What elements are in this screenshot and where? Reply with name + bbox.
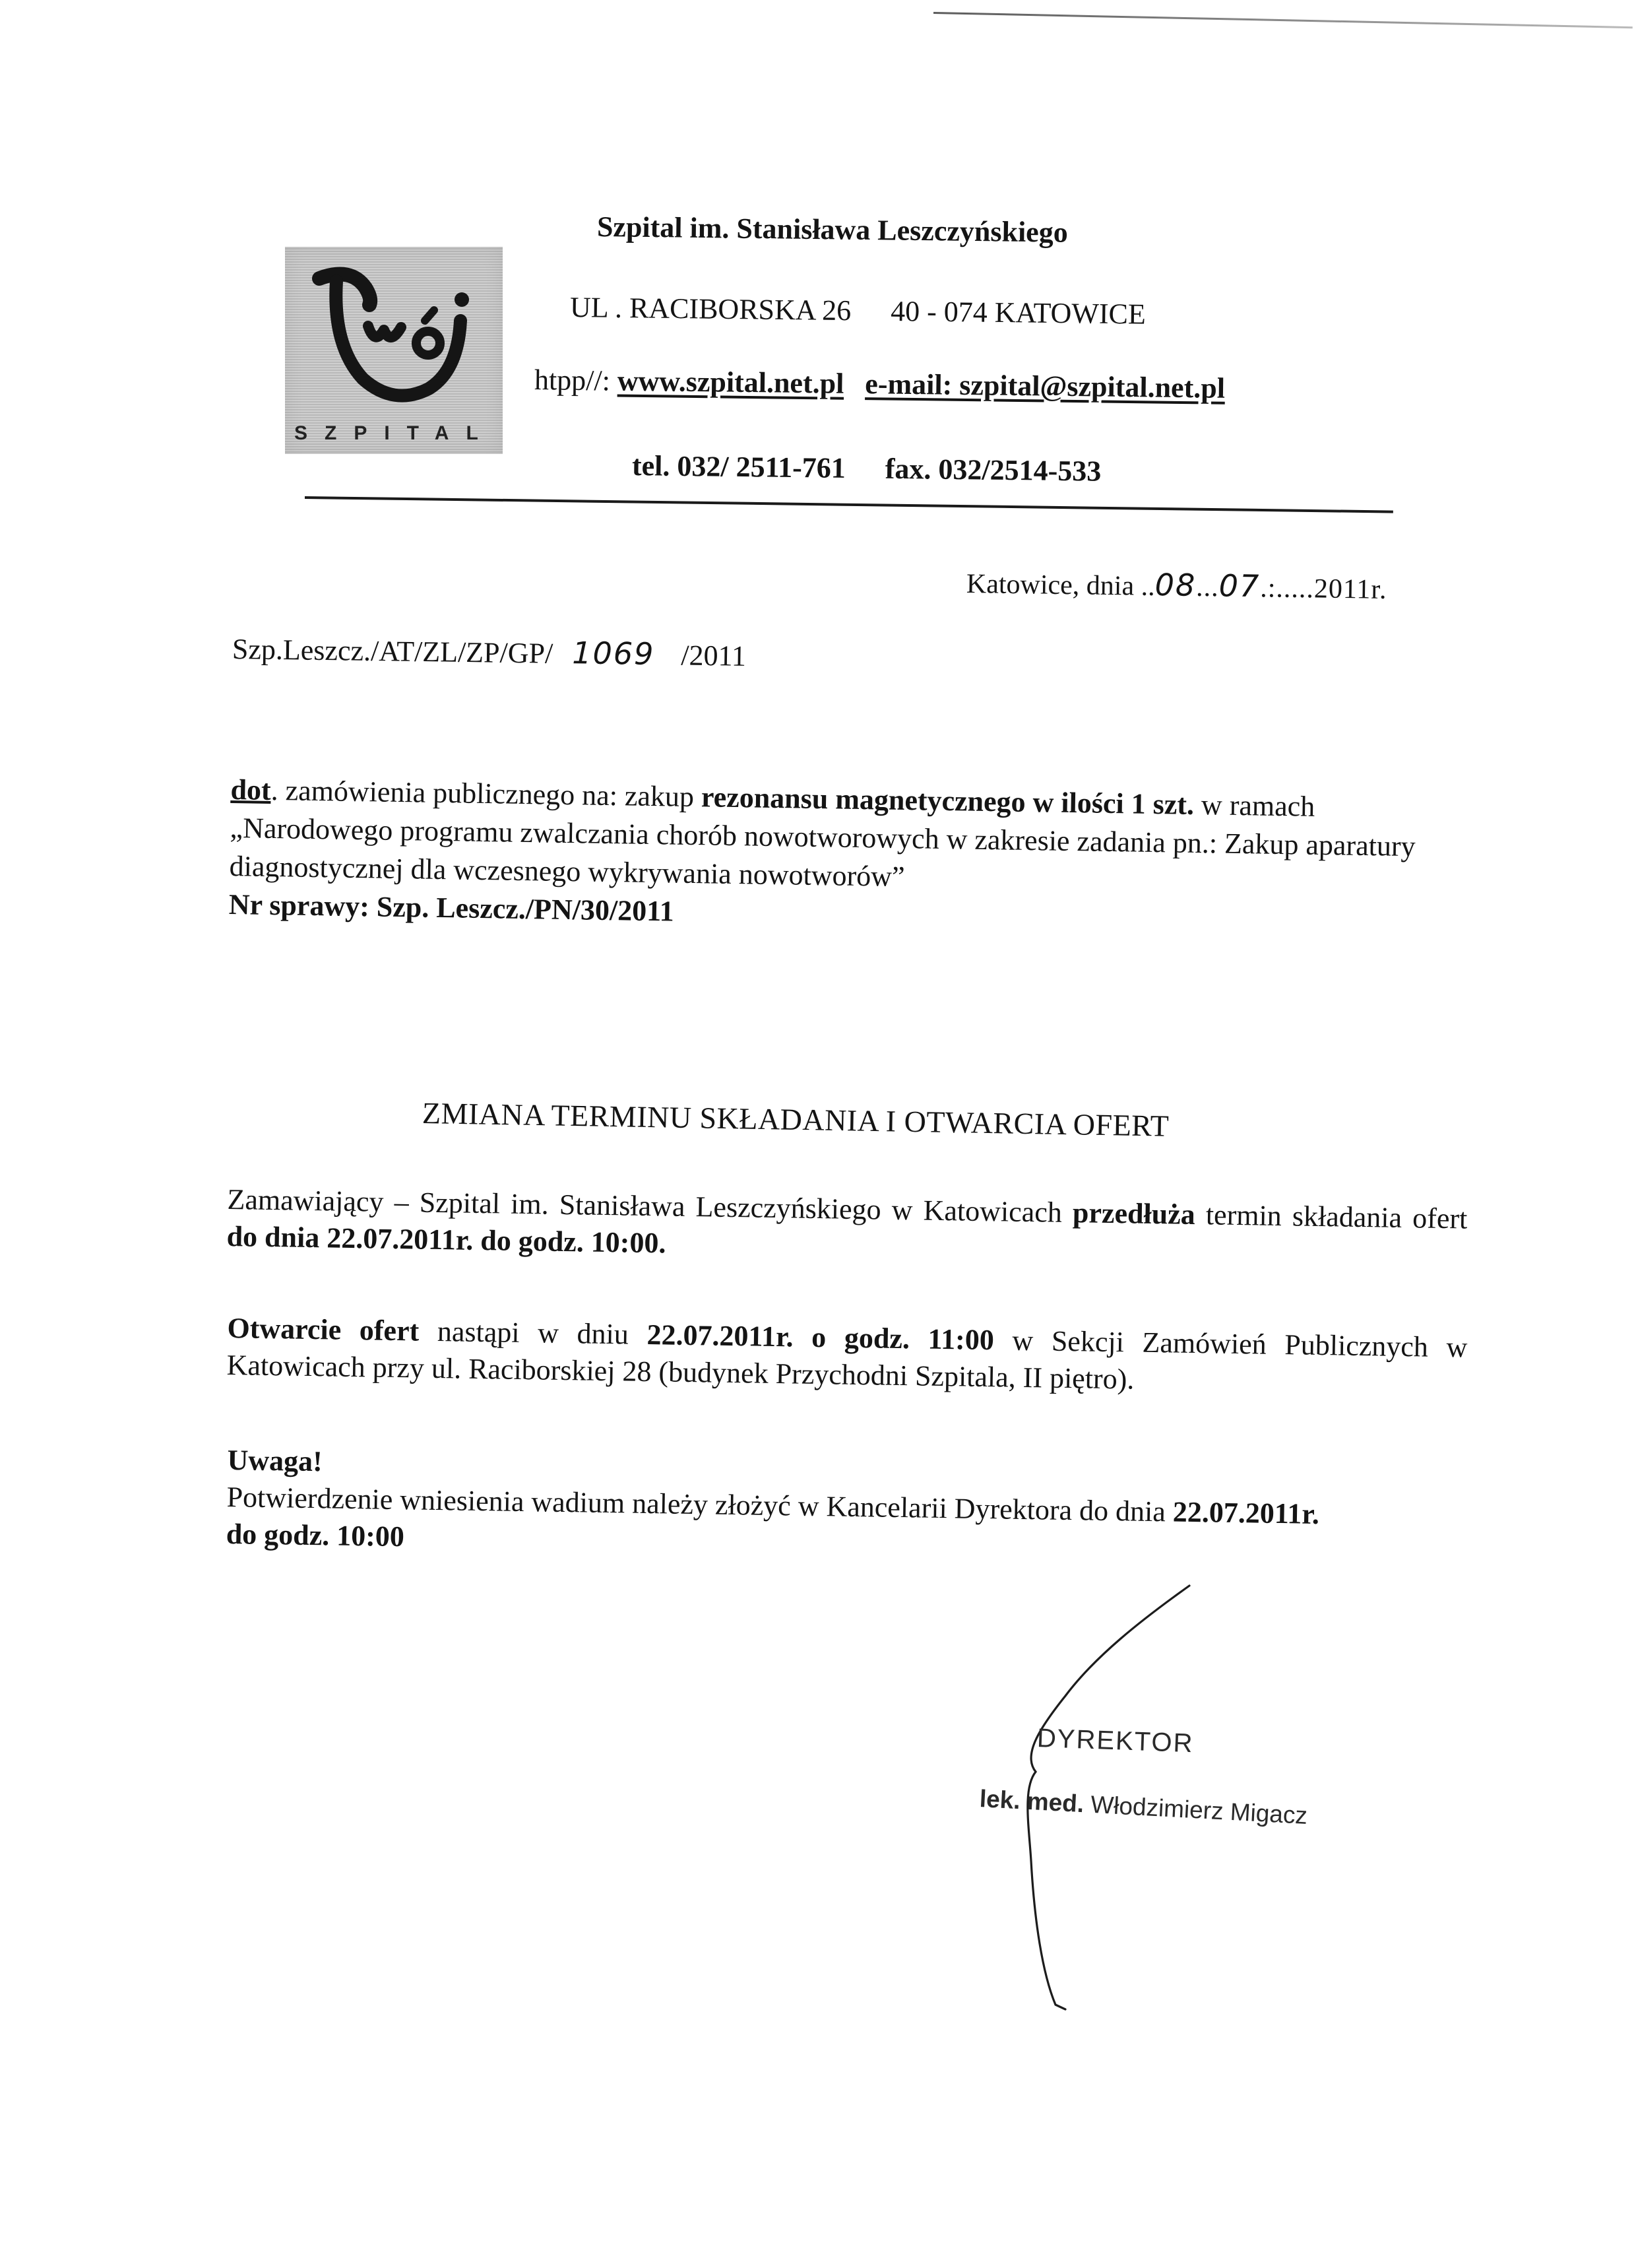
email-link[interactable]: e-mail: szpital@szpital.net.pl (865, 368, 1225, 405)
reference-suffix: /2011 (681, 639, 746, 672)
subject-item: rezonansu magnetycznego w ilości 1 szt. (701, 781, 1195, 821)
institution-address: UL . RACIBORSKA 2640 - 074 KATOWICE (570, 290, 1146, 331)
contact-phone-fax: tel. 032/ 2511-761fax. 032/2514-533 (632, 449, 1102, 488)
postal-city: 40 - 074 KATOWICE (891, 295, 1146, 331)
document-page: SZPITAL Szpital im. Stanisława Leszczyńs… (0, 0, 1636, 2268)
date-line: Katowice, dnia ..08...07.:.....2011r. (966, 564, 1387, 606)
fax-number: fax. 032/2514-533 (885, 453, 1102, 488)
handwritten-day: 08 (1154, 567, 1196, 603)
contact-web-email: htpp//: www.szpital.net.ple-mail: szpita… (534, 363, 1226, 405)
subject-label: dot (230, 773, 271, 806)
subject-block: dot. zamówienia publicznego na: zakup re… (228, 771, 1470, 944)
scan-artifact-line (933, 12, 1633, 28)
date-separator: ... (1196, 572, 1219, 602)
deposit-deadline-time: do godz. 10:00 (226, 1518, 404, 1553)
hospital-logo: SZPITAL (285, 247, 503, 454)
opening-datetime: 22.07.2011r. o godz. 11:00 (646, 1318, 994, 1356)
institution-name: Szpital im. Stanisława Leszczyńskiego (597, 210, 1068, 249)
web-prefix: htpp//: (534, 364, 610, 397)
handwritten-month: 07 (1218, 567, 1260, 604)
deadline-paragraph: Zamawiający – Szpital im. Stanisława Les… (226, 1181, 1468, 1275)
date-suffix: .:.....2011r. (1260, 573, 1387, 605)
program-name: „Narodowego programu zwalczania chorób n… (229, 812, 1416, 893)
case-number: Nr sprawy: Szp. Leszcz./PN/30/2011 (228, 888, 674, 928)
opening-paragraph: Otwarcie ofert nastąpi w dniu 22.07.2011… (226, 1310, 1468, 1404)
reference-number: Szp.Leszcz./AT/ZL/ZP/GP/ 1069/2011 (232, 630, 747, 673)
subject-text: dot. zamówienia publicznego na: zakup re… (229, 771, 1471, 905)
letterhead-divider (305, 496, 1393, 513)
document-title: ZMIANA TERMINU SKŁADANIA I OTWARCIA OFER… (422, 1095, 1170, 1144)
handwritten-reference-number: 1069 (572, 635, 655, 672)
stamp-title: DYREKTOR (1036, 1724, 1194, 1759)
deposit-deadline-date: 22.07.2011r. (1172, 1496, 1319, 1530)
extends-keyword: przedłuża (1073, 1196, 1196, 1231)
twoj-szpital-logo-icon (285, 247, 503, 425)
submission-deadline: do dnia 22.07.2011r. do godz. 10:00. (226, 1220, 666, 1259)
date-prefix: Katowice, dnia .. (966, 569, 1155, 602)
website-link[interactable]: www.szpital.net.pl (617, 365, 844, 400)
reference-prefix: Szp.Leszcz./AT/ZL/ZP/GP/ (232, 633, 553, 670)
logo-caption: SZPITAL (285, 422, 503, 445)
street-address: UL . RACIBORSKA 26 (570, 291, 852, 327)
phone-number: tel. 032/ 2511-761 (632, 449, 846, 484)
